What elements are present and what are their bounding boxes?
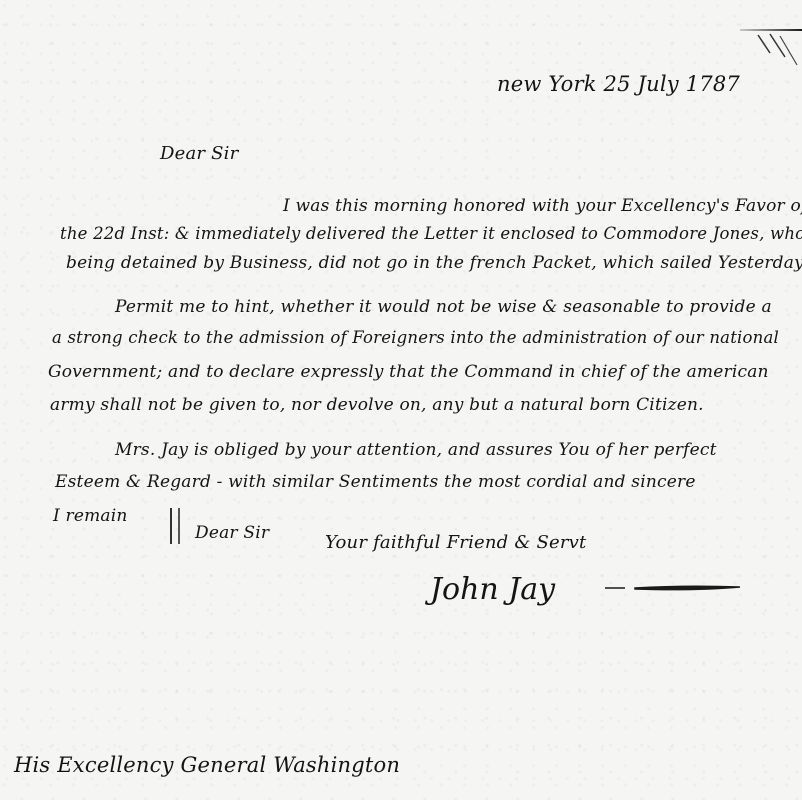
dateline: new York 25 July 1787 [497,72,740,96]
closing-i-remain: I remain [53,506,128,526]
body-line: Government; and to declare expressly tha… [48,362,769,382]
body-line: the 22d Inst: & immediately delivered th… [60,224,802,243]
valediction: Your faithful Friend & Servt [325,532,586,553]
body-line: a strong check to the admission of Forei… [52,328,779,347]
corner-ink-marks [755,33,800,68]
ink-bar-mark [170,508,180,544]
addressee: His Excellency General Washington [14,753,400,777]
closing-dear-sir: Dear Sir [195,523,269,543]
signature-flourish [605,584,740,592]
signature: John Jay [430,572,555,607]
body-line: Esteem & Regard - with similar Sentiment… [55,472,696,492]
page-edge-mark [740,29,802,31]
body-line: I was this morning honored with your Exc… [283,196,802,216]
body-line: Mrs. Jay is obliged by your attention, a… [115,440,717,460]
body-line: Permit me to hint, whether it would not … [115,297,772,317]
body-line: army shall not be given to, nor devolve … [50,395,704,415]
salutation: Dear Sir [160,143,238,164]
body-line: being detained by Business, did not go i… [66,253,802,273]
